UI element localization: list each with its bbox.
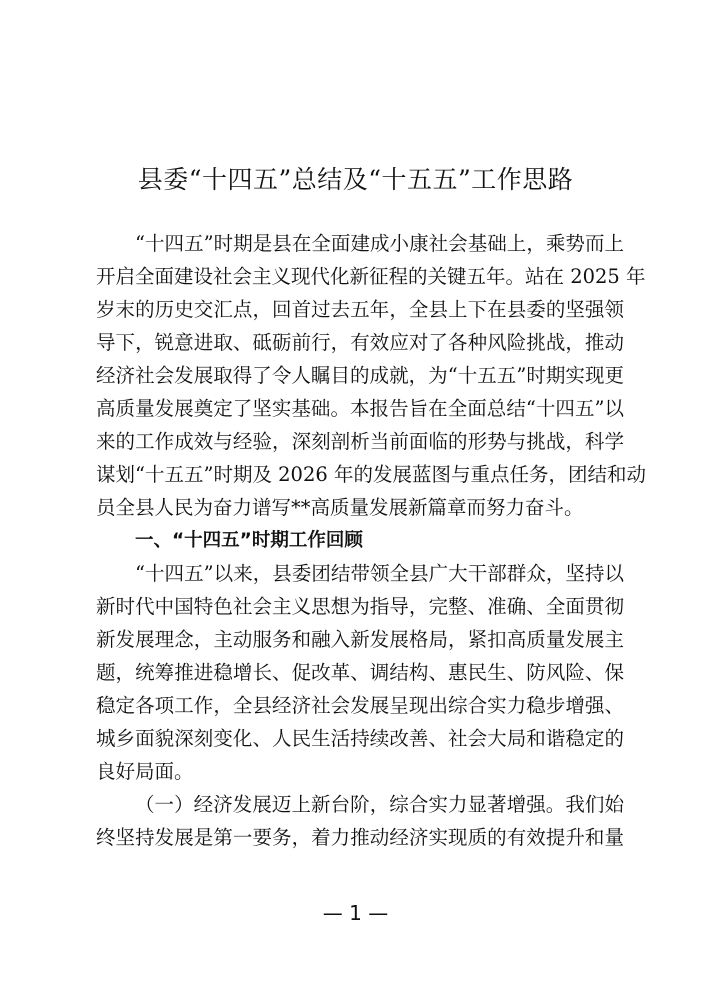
paragraph-line: 经济社会发展取得了令人瞩目的成就，为“十五五”时期实现更 <box>96 359 624 392</box>
section-heading: 一、“十四五”时期工作回顾 <box>96 524 624 557</box>
paragraph-line: 谋划“十五五”时期及 2026 年的发展蓝图与重点任务，团结和动 <box>96 458 624 491</box>
paragraph-line: 题，统筹推进稳增长、促改革、调结构、惠民生、防风险、保 <box>96 656 624 689</box>
paragraph-line: 开启全面建设社会主义现代化新征程的关键五年。站在 2025 年 <box>96 260 624 293</box>
paragraph-line: “十四五”时期是县在全面建成小康社会基础上，乘势而上 <box>96 227 624 260</box>
paragraph-line: 终坚持发展是第一要务，着力推动经济实现质的有效提升和量 <box>96 821 624 854</box>
paragraph-line: 员全县人民为奋力谱写**高质量发展新篇章而努力奋斗。 <box>96 491 624 524</box>
paragraph-line: 高质量发展奠定了坚实基础。本报告旨在全面总结“十四五”以 <box>96 392 624 425</box>
paragraph-line: 岁末的历史交汇点，回首过去五年，全县上下在县委的坚强领 <box>96 293 624 326</box>
paragraph-line: 导下，锐意进取、砥砺前行，有效应对了各种风险挑战，推动 <box>96 326 624 359</box>
document-body: “十四五”时期是县在全面建成小康社会基础上，乘势而上 开启全面建设社会主义现代化… <box>96 227 624 854</box>
paragraph-line: “十四五”以来，县委团结带领全县广大干部群众，坚持以 <box>96 557 624 590</box>
page-number: — 1 — <box>0 898 711 928</box>
paragraph-line: 稳定各项工作，全县经济社会发展呈现出综合实力稳步增强、 <box>96 689 624 722</box>
document-title: 县委“十四五”总结及“十五五”工作思路 <box>0 160 711 200</box>
paragraph-line: 来的工作成效与经验，深刻剖析当前面临的形势与挑战，科学 <box>96 425 624 458</box>
subsection-line: （一）经济发展迈上新台阶，综合实力显著增强。我们始 <box>96 788 624 821</box>
paragraph-line: 城乡面貌深刻变化、人民生活持续改善、社会大局和谐稳定的 <box>96 722 624 755</box>
paragraph-line: 新发展理念，主动服务和融入新发展格局，紧扣高质量发展主 <box>96 623 624 656</box>
paragraph-line: 良好局面。 <box>96 755 624 788</box>
paragraph-line: 新时代中国特色社会主义思想为指导，完整、准确、全面贯彻 <box>96 590 624 623</box>
document-page: 县委“十四五”总结及“十五五”工作思路 “十四五”时期是县在全面建成小康社会基础… <box>0 0 711 1006</box>
